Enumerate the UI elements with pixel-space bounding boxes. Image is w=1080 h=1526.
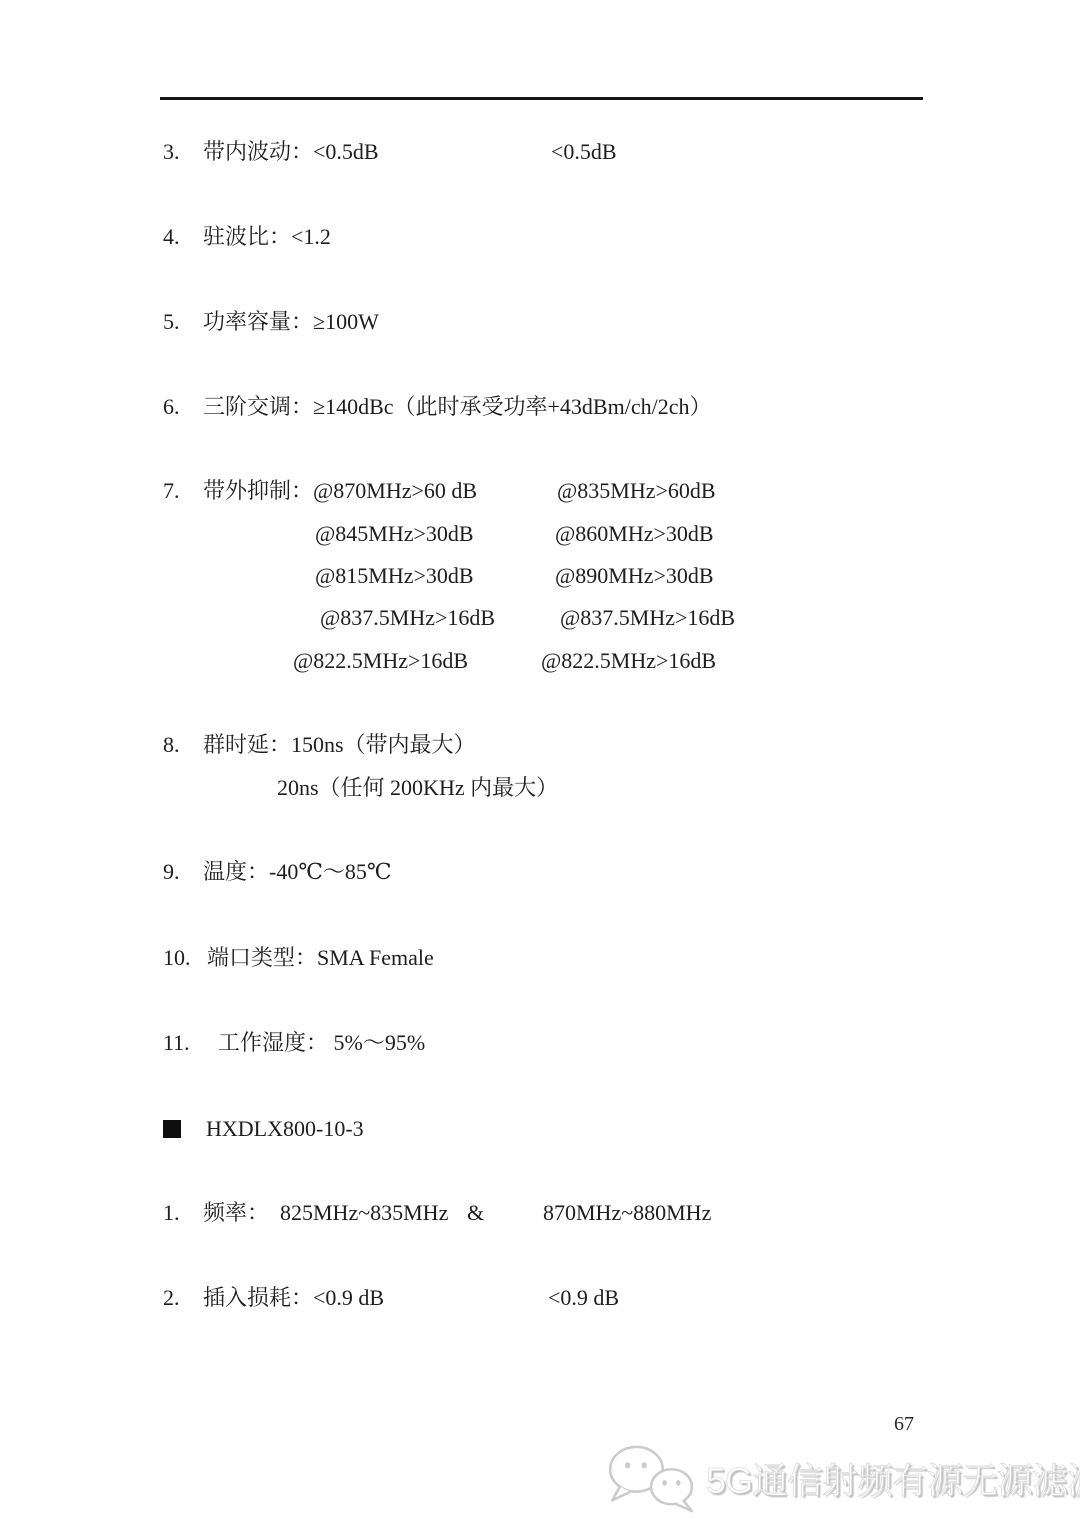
spec-item-7-row-3-text-0: @815MHz>30dB [315,561,474,591]
spec-item-5: 5.功率容量：≥100W [0,307,1080,337]
spec-item-8: 8.群时延：150ns（带内最大） [0,730,1080,760]
model-heading: HXDLX800-10-3 [0,1114,1080,1144]
wechat-logo-icon [604,1441,702,1515]
spec-item-9: 9.温度：-40℃～85℃ [0,857,1080,887]
spec-item-3-text-1: 带内波动：<0.5dB [203,137,379,167]
spec-item-5-text-0: 5. [163,307,180,337]
spec-item-7-row-2-text-0: @845MHz>30dB [315,519,474,549]
spec-item-7-row-4-text-0: @837.5MHz>16dB [320,603,495,633]
spec-item-7-row-5-text-1: @822.5MHz>16dB [541,646,716,676]
spec-item-4-text-0: 4. [163,222,180,252]
spec-item-8-row-2-text-0: 20ns（任何 200KHz 内最大） [277,773,558,803]
spec-item-3-text-2: <0.5dB [551,137,617,167]
page-number: 67 [894,1413,914,1436]
spec-item-11-text-1: 工作湿度： 5%～95% [218,1028,425,1058]
spec-item-7-row-5-text-0: @822.5MHz>16dB [293,646,468,676]
document-page: 3.带内波动：<0.5dB<0.5dB4.驻波比：<1.25.功率容量：≥100… [0,0,1080,1526]
spec-item-1-text-3: 870MHz~880MHz [543,1198,711,1228]
spec-item-8-row-2: 20ns（任何 200KHz 内最大） [0,773,1080,803]
spec-item-10-text-1: 端口类型：SMA Female [207,943,434,973]
spec-item-10-text-0: 10. [163,943,191,973]
spec-item-2: 2.插入损耗：<0.9 dB<0.9 dB [0,1283,1080,1313]
watermark-text: 5G通信射频有源无源滤波器天线 [706,1453,1080,1504]
watermark: 5G通信射频有源无源滤波器天线 [604,1441,1080,1515]
spec-item-3-text-0: 3. [163,137,180,167]
square-bullet-icon [163,1120,181,1138]
spec-item-7-row-4: @837.5MHz>16dB@837.5MHz>16dB [0,603,1080,633]
spec-item-1-text-0: 1. [163,1198,180,1228]
spec-item-4: 4.驻波比：<1.2 [0,222,1080,252]
spec-item-8-text-0: 8. [163,730,180,760]
spec-item-11-text-0: 11. [163,1028,190,1058]
spec-item-2-text-2: <0.9 dB [548,1283,619,1313]
spec-item-7-text-1: 带外抑制：@870MHz>60 dB [203,476,477,506]
spec-item-7-row-3-text-1: @890MHz>30dB [555,561,714,591]
spec-item-9-text-1: 温度：-40℃～85℃ [203,857,392,887]
header-divider [160,97,923,100]
spec-item-7-row-5: @822.5MHz>16dB@822.5MHz>16dB [0,646,1080,676]
spec-item-6-text-1: 三阶交调：≥140dBc（此时承受功率+43dBm/ch/2ch） [203,392,711,422]
spec-item-4-text-1: 驻波比：<1.2 [203,222,331,252]
spec-item-7-text-0: 7. [163,476,180,506]
spec-item-7: 7.带外抑制：@870MHz>60 dB@835MHz>60dB [0,476,1080,506]
spec-item-1-text-1: 频率： 825MHz~835MHz [203,1198,448,1228]
spec-item-7-row-3: @815MHz>30dB@890MHz>30dB [0,561,1080,591]
spec-item-5-text-1: 功率容量：≥100W [203,307,379,337]
spec-item-6: 6.三阶交调：≥140dBc（此时承受功率+43dBm/ch/2ch） [0,392,1080,422]
spec-item-7-row-2-text-1: @860MHz>30dB [555,519,714,549]
spec-item-8-text-1: 群时延：150ns（带内最大） [203,730,476,760]
spec-item-10: 10.端口类型：SMA Female [0,943,1080,973]
spec-item-7-row-4-text-1: @837.5MHz>16dB [560,603,735,633]
spec-item-6-text-0: 6. [163,392,180,422]
spec-item-7-row-2: @845MHz>30dB@860MHz>30dB [0,519,1080,549]
spec-item-2-text-1: 插入损耗：<0.9 dB [203,1283,384,1313]
model-heading-text-0: HXDLX800-10-3 [206,1114,364,1144]
spec-item-11: 11.工作湿度： 5%～95% [0,1028,1080,1058]
spec-item-1-text-2: & [467,1198,484,1228]
spec-item-2-text-0: 2. [163,1283,180,1313]
spec-item-9-text-0: 9. [163,857,180,887]
spec-item-7-text-2: @835MHz>60dB [557,476,716,506]
spec-item-3: 3.带内波动：<0.5dB<0.5dB [0,137,1080,167]
spec-item-1: 1.频率： 825MHz~835MHz&870MHz~880MHz [0,1198,1080,1228]
